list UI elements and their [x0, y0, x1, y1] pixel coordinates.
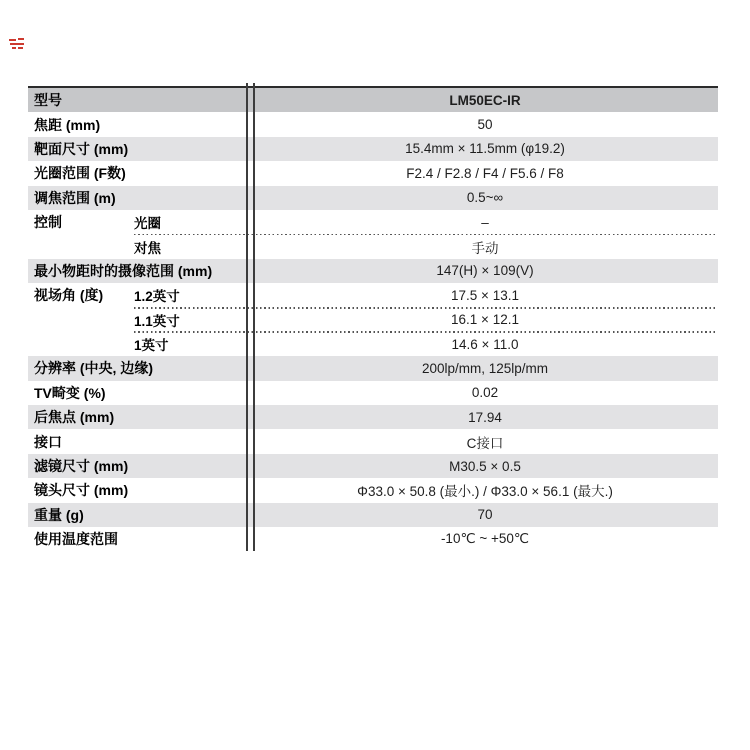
spec-row: 光圈范围 (F数)F2.4 / F2.8 / F4 / F5.6 / F8 [28, 161, 718, 185]
spec-sublabel: 1英寸 [134, 334, 169, 354]
spec-label-cell: 光圈范围 (F数) [28, 163, 252, 183]
spec-value: 0.02 [252, 385, 718, 400]
spec-label-cell: 滤镜尺寸 (mm) [28, 456, 252, 476]
spec-row: 滤镜尺寸 (mm)M30.5 × 0.5 [28, 454, 718, 478]
spec-label: 重量 (g) [34, 505, 84, 525]
spec-label-cell: 1.1英寸 [28, 310, 252, 330]
spec-row: 型号LM50EC-IR [28, 88, 718, 112]
spec-label-cell: 重量 (g) [28, 505, 252, 525]
spec-table: 型号LM50EC-IR焦距 (mm)50靶面尺寸 (mm)15.4mm × 11… [28, 86, 718, 551]
spec-label-cell: 最小物距时的摄像范围 (mm) [28, 261, 252, 281]
spec-label-cell: 调焦范围 (m) [28, 188, 252, 208]
spec-value: 手动 [252, 237, 718, 257]
spec-label: 焦距 (mm) [34, 115, 100, 135]
spec-value: 17.5 × 13.1 [252, 288, 718, 303]
spec-label-cell: 焦距 (mm) [28, 115, 252, 135]
spec-row: TV畸变 (%)0.02 [28, 381, 718, 405]
spec-label-cell: TV畸变 (%) [28, 383, 252, 403]
spec-value: 70 [252, 507, 718, 522]
spec-label-cell: 控制光圈 [28, 212, 252, 232]
spec-value: 50 [252, 117, 718, 132]
spec-sublabel: 1.2英寸 [134, 285, 180, 305]
spec-label: 最小物距时的摄像范围 (mm) [34, 261, 212, 281]
spec-label: 接口 [34, 432, 62, 452]
spec-value: 15.4mm × 11.5mm (φ19.2) [252, 141, 718, 156]
spec-label-cell: 后焦点 (mm) [28, 407, 252, 427]
spec-sublabel: 光圈 [134, 212, 161, 232]
spec-label: 视场角 (度) [34, 285, 134, 305]
spec-value: 200lp/mm, 125lp/mm [252, 361, 718, 376]
spec-row: 靶面尺寸 (mm)15.4mm × 11.5mm (φ19.2) [28, 137, 718, 161]
spec-label: 光圈范围 (F数) [34, 163, 126, 183]
spec-row: 分辨率 (中央, 边缘)200lp/mm, 125lp/mm [28, 356, 718, 380]
spec-value: 16.1 × 12.1 [252, 312, 718, 327]
spec-label: 使用温度范围 [34, 529, 118, 549]
spec-row: 焦距 (mm)50 [28, 112, 718, 136]
spec-value: Φ33.0 × 50.8 (最小.) / Φ33.0 × 56.1 (最大.) [252, 480, 718, 500]
red-watermark-icon [9, 38, 25, 51]
spec-value: C接口 [252, 432, 718, 452]
spec-label: 型号 [34, 90, 62, 110]
spec-row: 重量 (g)70 [28, 503, 718, 527]
spec-label-cell: 接口 [28, 432, 252, 452]
spec-label-cell: 视场角 (度)1.2英寸 [28, 285, 252, 305]
spec-label-cell: 型号 [28, 90, 252, 110]
spec-label-cell: 镜头尺寸 (mm) [28, 480, 252, 500]
spec-value: -10℃ ~ +50℃ [252, 531, 718, 547]
spec-label: 镜头尺寸 (mm) [34, 480, 128, 500]
spec-label-cell: 分辨率 (中央, 边缘) [28, 358, 252, 378]
spec-label: 分辨率 (中央, 边缘) [34, 358, 153, 378]
spec-row: 视场角 (度)1.2英寸17.5 × 13.1 [28, 283, 718, 307]
spec-label: 后焦点 (mm) [34, 407, 114, 427]
spec-row: 最小物距时的摄像范围 (mm)147(H) × 109(V) [28, 259, 718, 283]
spec-label-cell: 使用温度范围 [28, 529, 252, 549]
spec-value: 14.6 × 11.0 [252, 337, 718, 352]
spec-row: 后焦点 (mm)17.94 [28, 405, 718, 429]
spec-row: 对焦手动 [28, 234, 718, 258]
spec-row: 调焦范围 (m)0.5~∞ [28, 186, 718, 210]
spec-row: 1英寸14.6 × 11.0 [28, 332, 718, 356]
spec-label-cell: 对焦 [28, 237, 252, 257]
spec-row: 镜头尺寸 (mm)Φ33.0 × 50.8 (最小.) / Φ33.0 × 56… [28, 478, 718, 502]
spec-label: 靶面尺寸 (mm) [34, 139, 128, 159]
spec-value: – [252, 215, 718, 230]
spec-value: 147(H) × 109(V) [252, 263, 718, 278]
spec-label: 滤镜尺寸 (mm) [34, 456, 128, 476]
spec-value: LM50EC-IR [252, 93, 718, 108]
spec-sublabel: 1.1英寸 [134, 310, 180, 330]
spec-row: 1.1英寸16.1 × 12.1 [28, 308, 718, 332]
spec-value: M30.5 × 0.5 [252, 459, 718, 474]
spec-sublabel: 对焦 [134, 237, 161, 257]
spec-row: 控制光圈– [28, 210, 718, 234]
spec-value: F2.4 / F2.8 / F4 / F5.6 / F8 [252, 166, 718, 181]
spec-label-cell: 靶面尺寸 (mm) [28, 139, 252, 159]
spec-value: 0.5~∞ [252, 190, 718, 205]
spec-row: 接口C接口 [28, 429, 718, 453]
spec-label: 控制 [34, 212, 134, 232]
spec-label-cell: 1英寸 [28, 334, 252, 354]
spec-label: 调焦范围 (m) [34, 188, 116, 208]
spec-value: 17.94 [252, 410, 718, 425]
spec-label: TV畸变 (%) [34, 383, 106, 403]
spec-row: 使用温度范围-10℃ ~ +50℃ [28, 527, 718, 551]
